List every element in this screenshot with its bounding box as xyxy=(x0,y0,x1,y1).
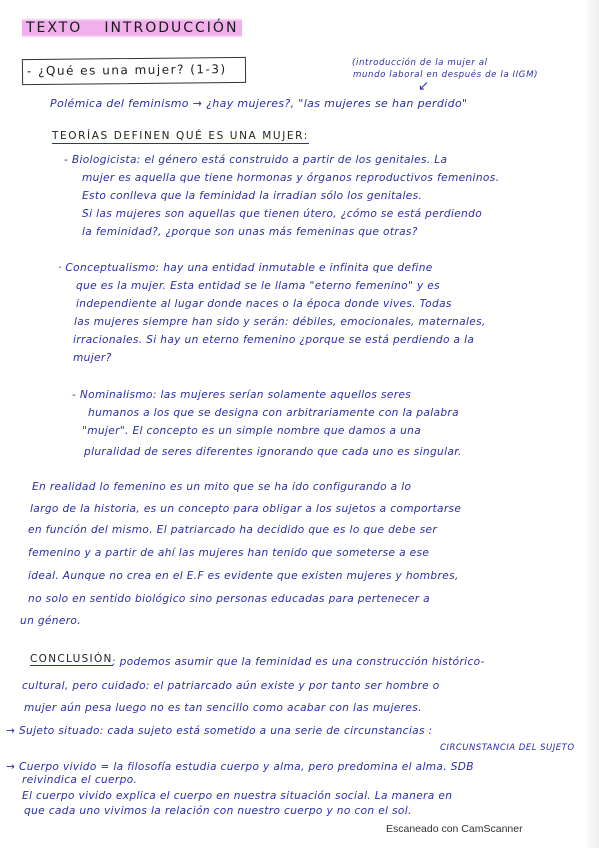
conceptualismo-line-4: las mujeres siempre han sido y serán: dé… xyxy=(74,316,486,328)
scanned-page xyxy=(0,0,587,848)
nominalismo-line-4: pluralidad de seres diferentes ignorando… xyxy=(84,446,462,458)
reality-line-2: largo de la historia, es un concepto par… xyxy=(30,503,461,515)
reality-line-4: femenino y a partir de ahí las mujeres h… xyxy=(28,547,429,559)
reality-line-6: no solo en sentido biológico sino person… xyxy=(28,593,430,605)
cuerpo-vivido-line-3: El cuerpo vivido explica el cuerpo en nu… xyxy=(22,790,452,802)
arrow-down-left-icon: ↙ xyxy=(418,79,429,94)
question-box: - ¿Qué es una mujer? (1-3) xyxy=(22,57,246,85)
scanner-watermark: Escaneado con CamScanner xyxy=(386,823,523,835)
nominalismo-line-3: "mujer". El concepto es un simple nombre… xyxy=(82,425,421,437)
conclusion-line-1: : podemos asumir que la feminidad es una… xyxy=(112,656,485,668)
side-note-line-1: (introducción de la mujer al xyxy=(352,58,488,68)
cuerpo-vivido-line-4: que cada uno vivimos la relación con nue… xyxy=(24,805,412,817)
theories-heading: TEORÍAS DEFINEN QUÉ ES UNA MUJER: xyxy=(52,130,309,144)
biologicista-line-3: Esto conlleva que la feminidad la irradi… xyxy=(82,190,422,202)
cuerpo-vivido-line-1: → Cuerpo vivido = la filosofía estudia c… xyxy=(6,761,474,773)
conceptualismo-line-6: mujer? xyxy=(73,352,112,364)
reality-line-3: en función del mismo. El patriarcado ha … xyxy=(28,524,437,536)
biologicista-line-1: - Biologicista: el género está construid… xyxy=(64,154,447,166)
title-word-1: TEXTO xyxy=(26,20,82,36)
sujeto-situado-line-2: CIRCUNSTANCIA DEL SUJETO xyxy=(440,743,575,753)
biologicista-line-4: Si las mujeres son aquellas que tienen ú… xyxy=(82,208,482,220)
biologicista-line-2: mujer es aquella que tiene hormonas y ór… xyxy=(82,172,499,184)
conclusion-line-3: mujer aún pesa luego no es tan sencillo … xyxy=(24,702,422,714)
biologicista-line-5: la feminidad?, ¿porque son unas más feme… xyxy=(82,226,418,238)
reality-line-1: En realidad lo femenino es un mito que s… xyxy=(32,481,411,493)
conceptualismo-line-1: · Conceptualismo: hay una entidad inmuta… xyxy=(58,262,433,274)
nominalismo-line-1: - Nominalismo: las mujeres serían solame… xyxy=(72,389,411,401)
nominalismo-line-2: humanos a los que se designa con arbitra… xyxy=(88,407,459,419)
reality-line-7: un género. xyxy=(20,615,81,627)
page-title: TEXTOINTRODUCCIÓN xyxy=(22,18,242,38)
reality-line-5: ideal. Aunque no crea en el E.F es evide… xyxy=(28,570,459,582)
side-note-line-2: mundo laboral en después de la IIGM) xyxy=(353,70,538,80)
polemic-line: Polémica del feminismo → ¿hay mujeres?, … xyxy=(50,97,467,110)
title-word-2: INTRODUCCIÓN xyxy=(104,20,238,36)
conceptualismo-line-2: que es la mujer. Esta entidad se le llam… xyxy=(76,280,440,292)
conceptualismo-line-5: irracionales. Si hay un eterno femenino … xyxy=(73,334,474,346)
question-text: - ¿Qué es una mujer? (1-3) xyxy=(27,62,227,78)
cuerpo-vivido-line-2: reivindica el cuerpo. xyxy=(22,774,137,786)
page-edge-shadow xyxy=(587,0,599,848)
sujeto-situado-line-1: → Sujeto situado: cada sujeto está somet… xyxy=(6,725,432,737)
conceptualismo-line-3: independiente al lugar donde naces o la … xyxy=(76,298,452,310)
conclusion-line-2: cultural, pero cuidado: el patriarcado a… xyxy=(22,680,440,692)
conclusion-heading: CONCLUSIÓN xyxy=(30,653,113,666)
